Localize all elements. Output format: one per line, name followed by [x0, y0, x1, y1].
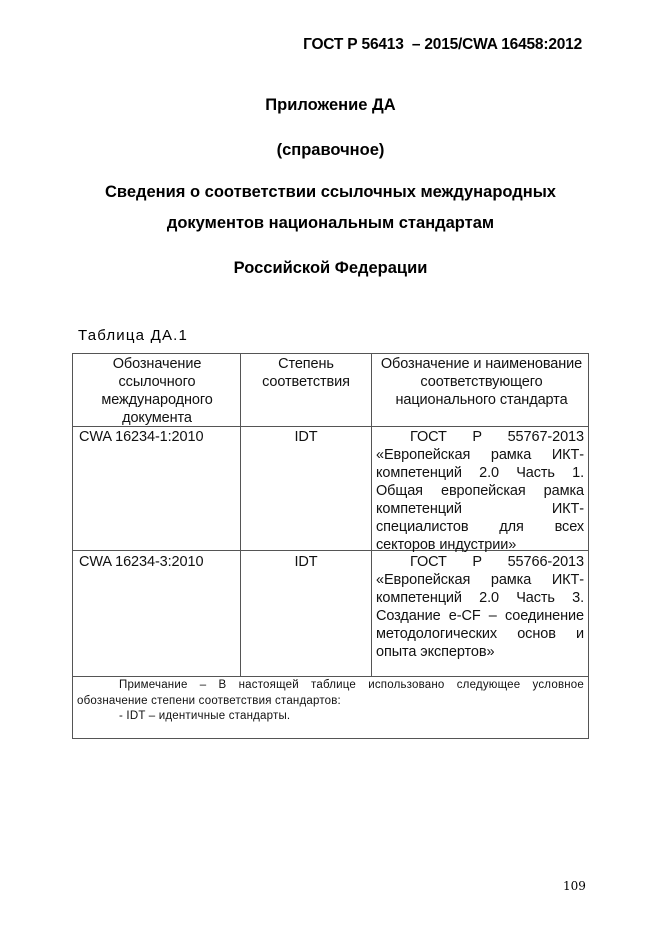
document-code-header: ГОСТ Р 56413 – 2015/CWA 16458:2012 — [303, 36, 582, 54]
table-row-1-reference: CWA 16234-1:2010 — [79, 428, 237, 446]
table-row-2-national-standard: ГОСТ Р 55766-2013 «Европейская рамка ИКТ… — [376, 553, 584, 661]
row-divider — [73, 676, 588, 677]
column-divider — [240, 354, 241, 677]
column-header-national-standard: Обозначение и наименование соответствующ… — [379, 355, 584, 409]
table-row-2-reference: CWA 16234-3:2010 — [79, 553, 237, 571]
section-title-line-2: документов национальным стандартам — [0, 214, 661, 233]
table-note-legend: - IDT – идентичные стандарты. — [77, 709, 584, 725]
column-header-reference: Обозначение ссылочного международного до… — [77, 355, 237, 427]
table-caption: Таблица ДА.1 — [78, 327, 188, 344]
section-title-line-1: Сведения о соответствии ссылочных междун… — [0, 183, 661, 202]
reference-table: Обозначение ссылочного международного до… — [72, 353, 589, 739]
table-note: Примечание – В настоящей таблице использ… — [77, 678, 584, 725]
table-row-1-degree: IDT — [243, 428, 369, 446]
column-header-degree: Степень соответствия — [243, 355, 369, 391]
section-title-line-3: Российской Федерации — [0, 259, 661, 278]
appendix-type: (справочное) — [0, 141, 661, 160]
table-note-text: Примечание – В настоящей таблице использ… — [77, 678, 584, 709]
page-number: 109 — [563, 879, 586, 893]
appendix-title: Приложение ДА — [0, 96, 661, 115]
table-row-2-degree: IDT — [243, 553, 369, 571]
table-row-1-national-standard: ГОСТ Р 55767-2013 «Европейская рамка ИКТ… — [376, 428, 584, 554]
column-divider — [371, 354, 372, 677]
